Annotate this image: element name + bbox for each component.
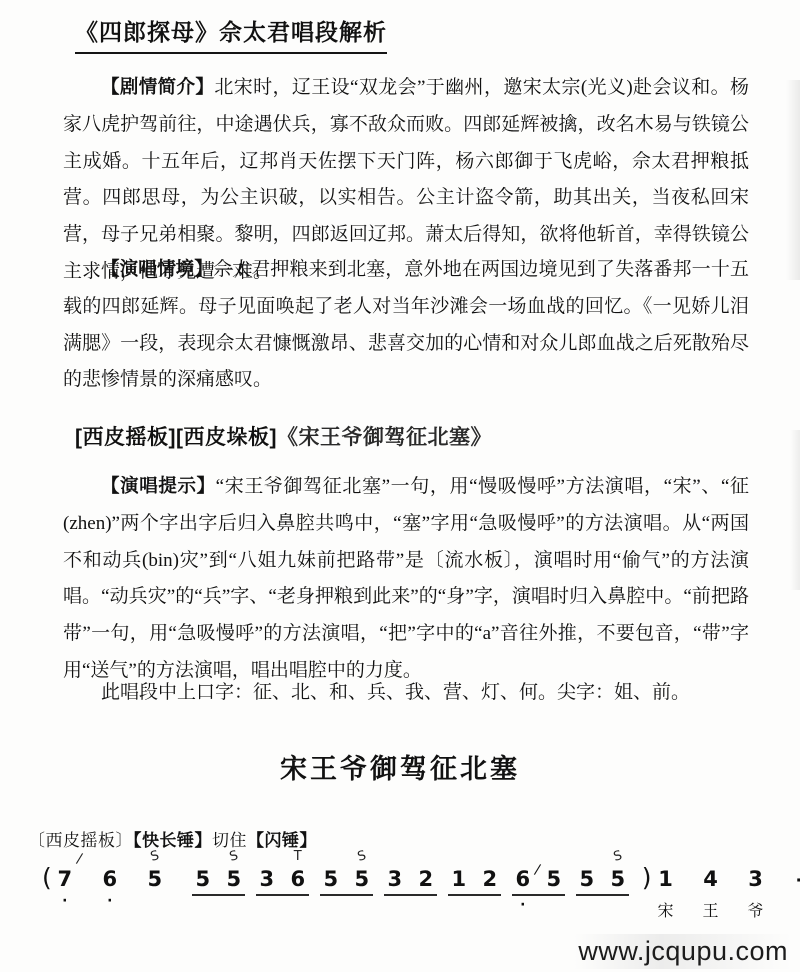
- low-octave-dot: ·: [62, 898, 67, 904]
- note-digit: 5: [610, 867, 625, 891]
- score-note: 3: [387, 866, 403, 893]
- score-note: -: [793, 866, 800, 892]
- score-note: /7·: [57, 866, 73, 892]
- wave-ornament-icon: S: [612, 850, 623, 864]
- note-digit: 5: [579, 867, 594, 891]
- note-digit: 6: [290, 867, 305, 891]
- jianpu-notation-line: (/7·6·S55S53T65S532126·/55S5)1宋4王3爷-: [42, 866, 800, 936]
- score-note: S5: [147, 866, 163, 892]
- percussion-pattern-1: 【快长锤】: [133, 831, 212, 850]
- low-octave-dot: ·: [520, 902, 525, 908]
- slide-ornament-icon: /: [532, 857, 543, 883]
- note-digit: 2: [482, 867, 497, 891]
- score-note: 6·: [102, 866, 118, 892]
- scan-artifact: [790, 430, 800, 590]
- note-digit: -: [796, 867, 800, 891]
- score-note: 4王: [703, 866, 719, 892]
- note-digit: 5: [546, 867, 561, 891]
- note-digit: 3: [259, 867, 274, 891]
- tips-text: “宋王爷御驾征北塞”一句，用“慢吸慢呼”方法演唱，“宋”、“征(zhen)”两个…: [63, 476, 749, 681]
- slide-ornament-icon: /: [76, 853, 83, 866]
- score-note: 6·: [515, 866, 531, 893]
- score-note: /5: [546, 866, 562, 893]
- percussion-pattern-2: 【闪锤】: [247, 831, 317, 850]
- note-digit: 5: [323, 867, 338, 891]
- beamed-note-group: 12: [448, 866, 501, 896]
- low-octave-dot: ·: [107, 898, 112, 904]
- paren-mark: (: [42, 863, 52, 893]
- note-digit: 6: [102, 867, 117, 891]
- score-note: 2: [418, 866, 434, 893]
- note-digit: 1: [658, 867, 673, 891]
- beamed-note-group: 5S5: [576, 866, 629, 896]
- paren-mark: ): [642, 863, 652, 893]
- plot-label: 【剧情简介】: [101, 76, 214, 97]
- score-note: 1: [451, 866, 467, 893]
- score-note: T6: [290, 866, 306, 893]
- beamed-note-group: 5S5: [192, 866, 245, 896]
- score-note: S5: [354, 866, 370, 893]
- note-digit: 2: [418, 867, 433, 891]
- pronunciation-note: 此唱段中上口字：征、北、和、兵、我、营、灯、何。尖字：姐、前。: [63, 675, 749, 712]
- section-header: [西皮摇板][西皮垛板]《宋王爷御驾征北塞》: [75, 422, 492, 453]
- note-digit: 5: [226, 867, 241, 891]
- score-note: 3: [259, 866, 275, 893]
- note-digit: 6: [515, 867, 530, 891]
- tempo-line: 〔西皮摇板〕【快长锤】切住【闪锤】: [28, 826, 317, 851]
- score-note: 2: [482, 866, 498, 893]
- tee-ornament-icon: T: [294, 851, 302, 863]
- wave-ornament-icon: S: [356, 850, 367, 864]
- board-type-labels: [西皮摇板][西皮垛板]: [75, 426, 277, 449]
- note-digit: 5: [195, 867, 210, 891]
- score-note: 5: [579, 866, 595, 893]
- page-title: 《四郎探母》佘太君唱段解析: [75, 14, 387, 54]
- tips-label: 【演唱提示】: [101, 475, 216, 496]
- lyric-syllable: 爷: [748, 899, 764, 925]
- wave-ornament-icon: S: [149, 850, 160, 864]
- score-note: S5: [610, 866, 626, 893]
- note-digit: 1: [451, 867, 466, 891]
- context-label: 【演唱情境】: [101, 258, 213, 279]
- beamed-note-group: 5S5: [320, 866, 373, 896]
- note-digit: 3: [387, 867, 402, 891]
- beamed-note-group: 32: [384, 866, 437, 896]
- scan-artifact: [786, 80, 800, 280]
- paragraph-context: 【演唱情境】佘太君押粮来到北塞，意外地在两国边境见到了失落番邦一十五载的四郎延辉…: [63, 251, 749, 399]
- score-note: 5: [323, 866, 339, 893]
- score-title: 宋王爷御驾征北塞: [0, 747, 800, 786]
- paragraph-tips: 【演唱提示】“宋王爷御驾征北塞”一句，用“慢吸慢呼”方法演唱，“宋”、“征(zh…: [63, 468, 749, 690]
- beamed-note-group: 6·/5: [512, 866, 565, 896]
- watermark-url: www.jcqupu.com: [574, 934, 792, 969]
- score-note: 1宋: [658, 866, 674, 892]
- tempo-board-label: 〔西皮摇板〕: [28, 831, 133, 850]
- lyric-syllable: 宋: [658, 899, 674, 925]
- note-digit: 5: [354, 867, 369, 891]
- wave-ornament-icon: S: [228, 850, 239, 864]
- score-note: 3爷: [748, 866, 764, 892]
- note-digit: 5: [147, 867, 162, 891]
- score-note: S5: [226, 866, 242, 893]
- aria-title-bracketed: 《宋王爷御驾征北塞》: [277, 425, 492, 449]
- note-digit: 7: [57, 867, 72, 891]
- score-note: 5: [195, 866, 211, 893]
- note-digit: 4: [703, 867, 718, 891]
- note-digit: 3: [748, 867, 763, 891]
- tempo-cut-label: 切住: [212, 831, 247, 850]
- scanned-book-page: 《四郎探母》佘太君唱段解析 【剧情简介】北宋时，辽王设“双龙会”于幽州，邀宋太宗…: [0, 0, 800, 972]
- beamed-note-group: 3T6: [256, 866, 309, 896]
- lyric-syllable: 王: [703, 899, 719, 925]
